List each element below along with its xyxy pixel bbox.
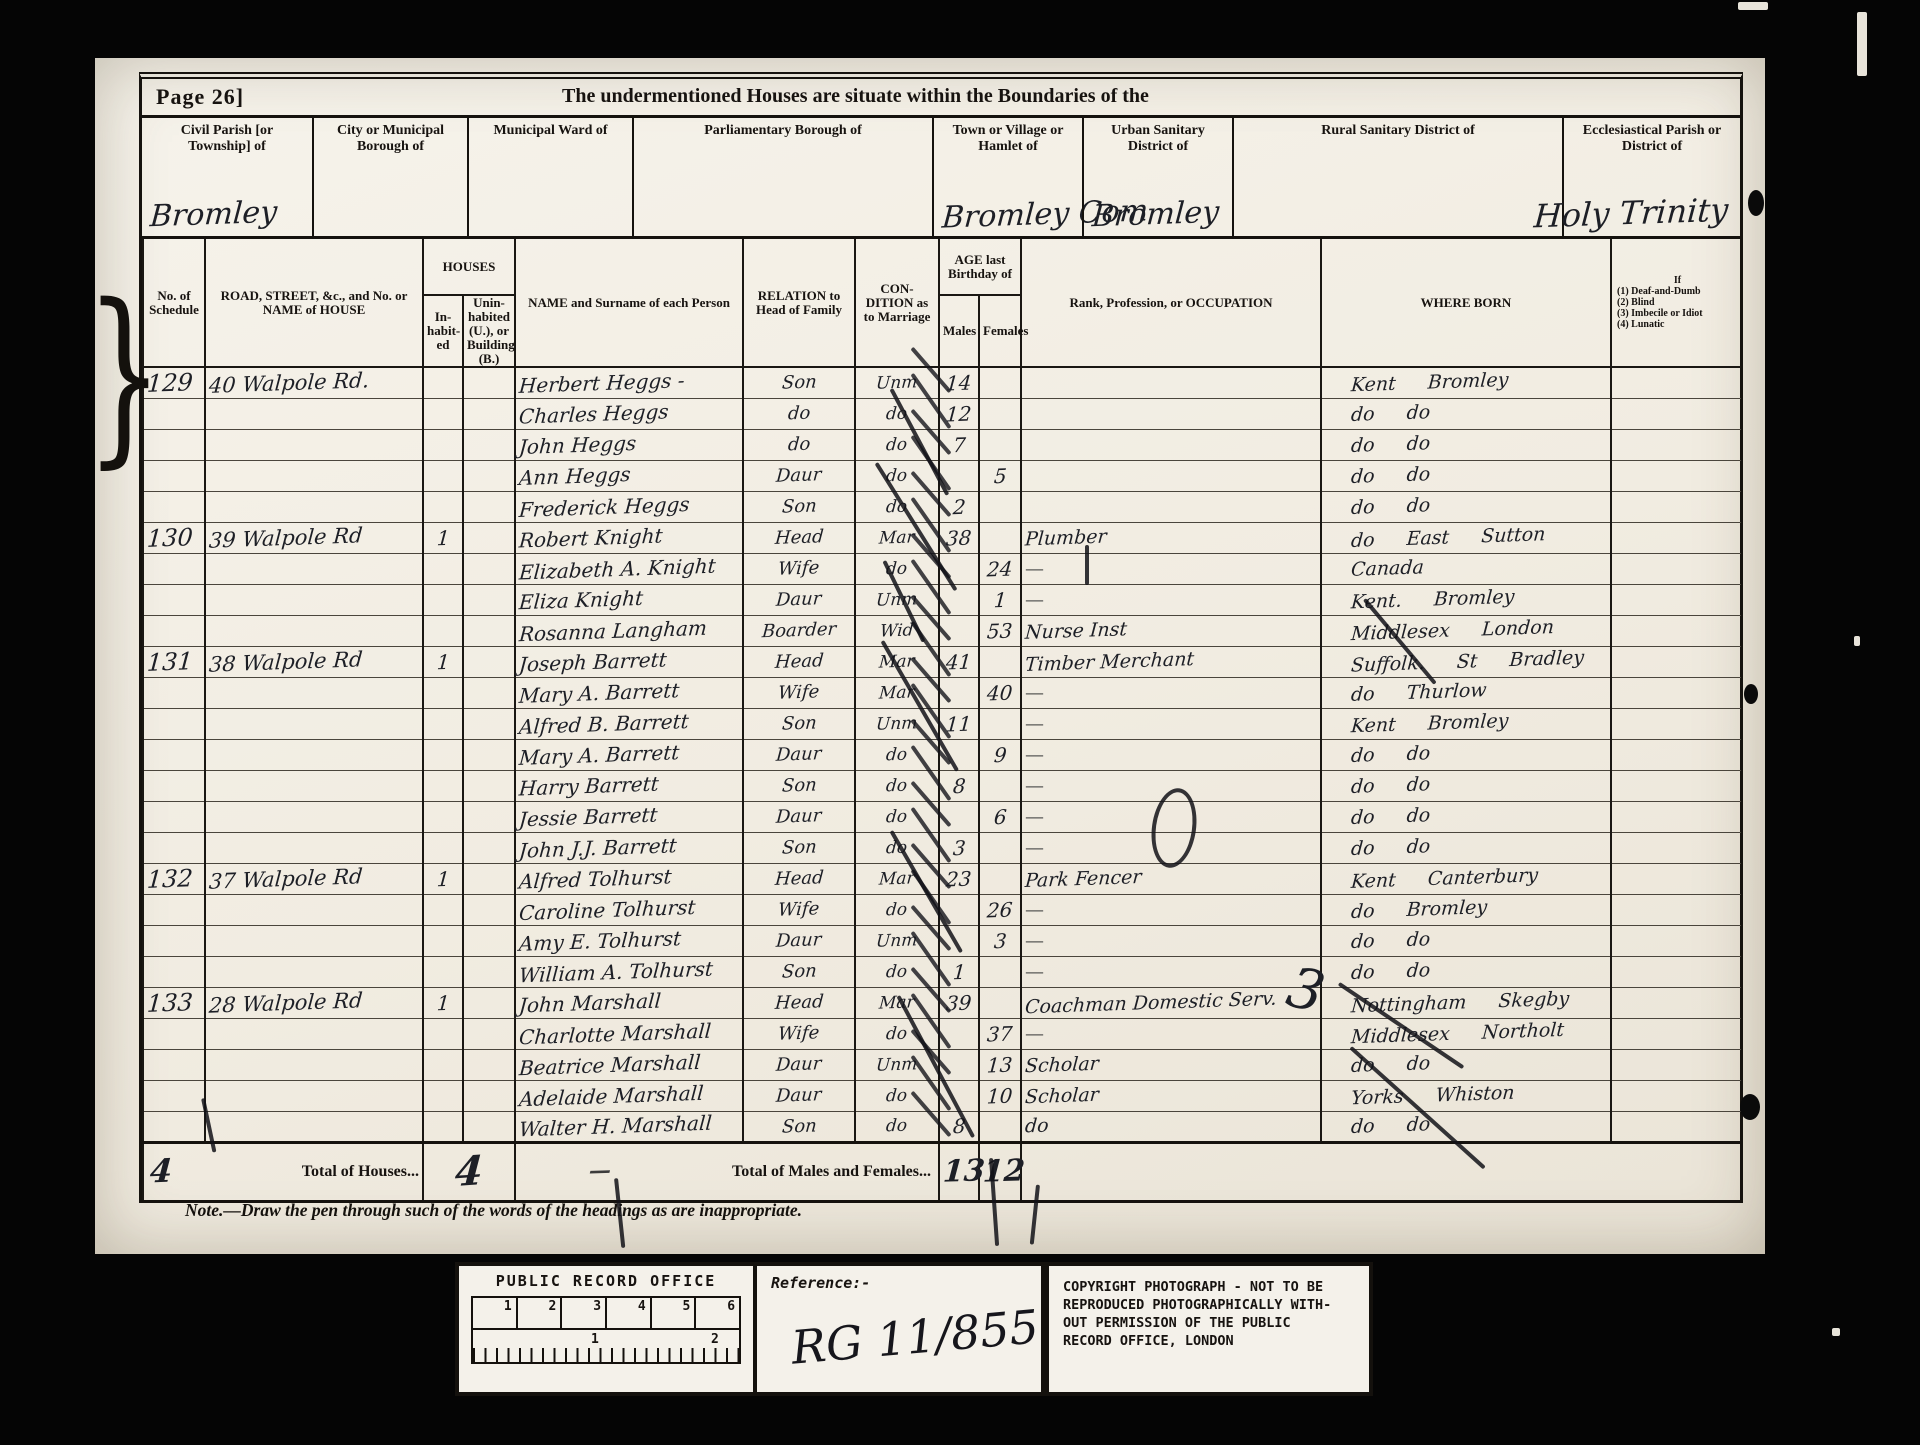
- district-value-handwritten: Bromley: [149, 195, 279, 235]
- cell-address: [205, 460, 423, 491]
- census-record-row: Amy E. Tolhurst Daur Unm 3 — do do: [143, 925, 1741, 956]
- cell-occupation: [1021, 460, 1321, 491]
- cell-age-female: [979, 491, 1021, 522]
- cell-age-female: [979, 367, 1021, 398]
- census-record-row: John Heggs do do 7 do do: [143, 429, 1741, 460]
- cell-schedule: 133: [143, 987, 205, 1018]
- census-record-row: Mary A. Barrett Wife Mar 40 — do Thurlow: [143, 677, 1741, 708]
- copyright-text: COPYRIGHT PHOTOGRAPH - NOT TO BEREPRODUC…: [1049, 1266, 1369, 1350]
- cell-relation: Head: [743, 522, 855, 553]
- scan-speck: [1857, 12, 1867, 76]
- cell-infirmity: [1611, 615, 1741, 646]
- census-record-row: Frederick Heggs Son do 2 do do: [143, 491, 1741, 522]
- cell-relation: Son: [743, 770, 855, 801]
- cell-condition: do: [855, 1111, 939, 1142]
- cell-address: 37 Walpole Rd: [205, 863, 423, 894]
- cell-uninhabited: [463, 863, 515, 894]
- cell-name: Beatrice Marshall: [515, 1049, 743, 1080]
- margin-brace-mark: }: [85, 280, 164, 470]
- cell-where-born: do do: [1321, 429, 1611, 460]
- cell-schedule: [143, 615, 205, 646]
- cell-name: Jessie Barrett: [515, 801, 743, 832]
- cell-address: 39 Walpole Rd: [205, 522, 423, 553]
- cell-name: Alfred Tolhurst: [515, 863, 743, 894]
- district-label: Rural Sanitary District of: [1234, 118, 1562, 139]
- cell-occupation: Nurse Inst: [1021, 615, 1321, 646]
- cell-occupation: —: [1021, 553, 1321, 584]
- cell-name: Herbert Heggs -: [515, 367, 743, 398]
- cell-relation: Son: [743, 367, 855, 398]
- header-uninhabited: Unin-habited (U.), or Building (B.): [463, 295, 515, 367]
- cell-uninhabited: [463, 1018, 515, 1049]
- cell-age-male: 41: [939, 646, 979, 677]
- census-record-row: 132 37 Walpole Rd 1 Alfred Tolhurst Head…: [143, 863, 1741, 894]
- cell-name: John J.J. Barrett: [515, 832, 743, 863]
- cell-address: [205, 615, 423, 646]
- cell-infirmity: [1611, 429, 1741, 460]
- cell-name: Caroline Tolhurst: [515, 894, 743, 925]
- cell-uninhabited: [463, 1049, 515, 1080]
- cell-relation: Wife: [743, 553, 855, 584]
- cell-infirmity: [1611, 460, 1741, 491]
- scan-speck: [1832, 1328, 1840, 1336]
- cell-schedule: [143, 677, 205, 708]
- totals-empty: [1021, 1142, 1741, 1200]
- census-record-row: 130 39 Walpole Rd 1 Robert Knight Head M…: [143, 522, 1741, 553]
- cell-relation: Boarder: [743, 615, 855, 646]
- cell-infirmity: [1611, 491, 1741, 522]
- cell-relation: Head: [743, 863, 855, 894]
- cell-infirmity: [1611, 801, 1741, 832]
- cell-name: Harry Barrett: [515, 770, 743, 801]
- header-houses: HOUSES: [423, 239, 515, 295]
- census-record-row: William A. Tolhurst Son do 1 — do do: [143, 956, 1741, 987]
- cell-age-female: 3: [979, 925, 1021, 956]
- cell-schedule: [143, 956, 205, 987]
- cell-uninhabited: [463, 739, 515, 770]
- district-header-band: Civil Parish [or Township] of Bromley Ci…: [142, 118, 1740, 239]
- cell-where-born: do do: [1321, 832, 1611, 863]
- district-cell: Ecclesiastical Parish or District of Hol…: [1562, 118, 1740, 236]
- cell-name: Rosanna Langham: [515, 615, 743, 646]
- cell-schedule: [143, 553, 205, 584]
- form-banner: The undermentioned Houses are situate wi…: [562, 85, 1149, 108]
- cell-infirmity: [1611, 1018, 1741, 1049]
- cell-inhabited: [423, 553, 463, 584]
- cell-name: Adelaide Marshall: [515, 1080, 743, 1111]
- cell-address: 28 Walpole Rd: [205, 987, 423, 1018]
- reference-box: Reference:- RG 11/855: [757, 1262, 1045, 1396]
- cell-inhabited: [423, 398, 463, 429]
- cell-schedule: [143, 708, 205, 739]
- cell-relation: Daur: [743, 1049, 855, 1080]
- census-record-row: Jessie Barrett Daur do 6 — do do: [143, 801, 1741, 832]
- cell-inhabited: [423, 1080, 463, 1111]
- copyright-box: COPYRIGHT PHOTOGRAPH - NOT TO BEREPRODUC…: [1045, 1262, 1373, 1396]
- cell-where-born: do do: [1321, 801, 1611, 832]
- cell-occupation: do: [1021, 1111, 1321, 1142]
- scan-blot: [1744, 684, 1758, 704]
- totals-row: 4 Total of Houses... 4 — Total of Males …: [143, 1142, 1741, 1200]
- district-label: Parliamentary Borough of: [634, 118, 932, 139]
- cell-where-born: Middlesex Northolt: [1321, 1018, 1611, 1049]
- cell-schedule: [143, 1080, 205, 1111]
- cell-name: John Marshall: [515, 987, 743, 1018]
- cell-inhabited: [423, 429, 463, 460]
- cell-uninhabited: [463, 553, 515, 584]
- scan-speck: [1854, 636, 1860, 646]
- cell-age-female: 1: [979, 584, 1021, 615]
- census-record-row: Charlotte Marshall Wife do 37 — Middlese…: [143, 1018, 1741, 1049]
- cell-age-female: [979, 429, 1021, 460]
- cell-where-born: Kent Canterbury: [1321, 863, 1611, 894]
- cell-age-female: [979, 398, 1021, 429]
- page-number: Page 26]: [156, 84, 244, 110]
- cell-where-born: do Thurlow: [1321, 677, 1611, 708]
- cell-inhabited: 1: [423, 522, 463, 553]
- reference-label: Reference:-: [757, 1266, 1041, 1292]
- cell-infirmity: [1611, 522, 1741, 553]
- cell-name: John Heggs: [515, 429, 743, 460]
- cell-relation: Wife: [743, 677, 855, 708]
- district-cell: Town or Village or Hamlet of Bromley Com: [932, 118, 1082, 236]
- cell-uninhabited: [463, 646, 515, 677]
- cell-address: 40 Walpole Rd.: [205, 367, 423, 398]
- pen-stroke: [1085, 545, 1089, 585]
- cell-age-female: [979, 646, 1021, 677]
- pen-dash: —: [518, 1157, 612, 1186]
- cell-age-female: 10: [979, 1080, 1021, 1111]
- census-record-row: Adelaide Marshall Daur do 10 Scholar Yor…: [143, 1080, 1741, 1111]
- cell-occupation: —: [1021, 925, 1321, 956]
- cell-relation: Wife: [743, 1018, 855, 1049]
- cell-occupation: —: [1021, 1018, 1321, 1049]
- cell-inhabited: [423, 677, 463, 708]
- cell-schedule: 132: [143, 863, 205, 894]
- totals-males: 13: [939, 1142, 979, 1200]
- cell-relation: do: [743, 398, 855, 429]
- cell-relation: Daur: [743, 1080, 855, 1111]
- table-header: No. of Schedule ROAD, STREET, &c., and N…: [143, 239, 1741, 367]
- cell-name: Charlotte Marshall: [515, 1018, 743, 1049]
- cell-address: [205, 956, 423, 987]
- district-cell: Rural Sanitary District of: [1232, 118, 1562, 236]
- cell-occupation: [1021, 367, 1321, 398]
- census-record-row: Rosanna Langham Boarder Wid 53 Nurse Ins…: [143, 615, 1741, 646]
- census-record-row: Charles Heggs do do 12 do do: [143, 398, 1741, 429]
- scan-blot: [1740, 1094, 1760, 1120]
- cell-address: [205, 1080, 423, 1111]
- cell-uninhabited: [463, 770, 515, 801]
- cell-schedule: [143, 894, 205, 925]
- cell-inhabited: [423, 1018, 463, 1049]
- district-label: Urban Sanitary District of: [1084, 118, 1232, 155]
- cell-where-born: do do: [1321, 956, 1611, 987]
- cell-occupation: —: [1021, 584, 1321, 615]
- cell-relation: Son: [743, 708, 855, 739]
- cell-name: Elizabeth A. Knight: [515, 553, 743, 584]
- cell-address: [205, 429, 423, 460]
- cell-where-born: do do: [1321, 925, 1611, 956]
- pro-ruler-box: PUBLIC RECORD OFFICE 123456 12: [455, 1262, 757, 1396]
- cell-infirmity: [1611, 770, 1741, 801]
- cell-address: [205, 739, 423, 770]
- cell-schedule: [143, 491, 205, 522]
- cell-where-born: do do: [1321, 398, 1611, 429]
- cell-inhabited: [423, 956, 463, 987]
- cell-occupation: —: [1021, 677, 1321, 708]
- cell-inhabited: [423, 367, 463, 398]
- cell-schedule: [143, 1111, 205, 1142]
- cell-infirmity: [1611, 553, 1741, 584]
- cell-name: Eliza Knight: [515, 584, 743, 615]
- cell-uninhabited: [463, 398, 515, 429]
- cell-infirmity: [1611, 398, 1741, 429]
- pro-office-title: PUBLIC RECORD OFFICE: [459, 1266, 753, 1290]
- totals-females: 12: [979, 1142, 1021, 1200]
- header-males: Males: [939, 295, 979, 367]
- cell-infirmity: [1611, 925, 1741, 956]
- header-born: WHERE BORN: [1321, 239, 1611, 367]
- cell-name: Amy E. Tolhurst: [515, 925, 743, 956]
- cell-uninhabited: [463, 801, 515, 832]
- cell-schedule: [143, 832, 205, 863]
- cell-uninhabited: [463, 460, 515, 491]
- cell-age-male: 12: [939, 398, 979, 429]
- district-value-handwritten: Bromley: [1091, 195, 1221, 235]
- cell-infirmity: [1611, 894, 1741, 925]
- header-occupation: Rank, Profession, or OCCUPATION: [1021, 239, 1321, 367]
- cell-address: [205, 894, 423, 925]
- cell-name: Robert Knight: [515, 522, 743, 553]
- cell-age-female: 5: [979, 460, 1021, 491]
- cell-uninhabited: [463, 367, 515, 398]
- cell-occupation: Timber Merchant: [1021, 646, 1321, 677]
- cell-where-born: do East Sutton: [1321, 522, 1611, 553]
- district-cell: Urban Sanitary District of Bromley: [1082, 118, 1232, 236]
- cell-uninhabited: [463, 1080, 515, 1111]
- cell-where-born: Middlesex London: [1321, 615, 1611, 646]
- cell-where-born: Kent Bromley: [1321, 708, 1611, 739]
- cell-age-female: [979, 832, 1021, 863]
- cell-relation: do: [743, 429, 855, 460]
- cell-uninhabited: [463, 584, 515, 615]
- cell-infirmity: [1611, 1111, 1741, 1142]
- totals-mf-label: — Total of Males and Females...: [515, 1142, 939, 1200]
- cell-inhabited: [423, 925, 463, 956]
- ruler-inch-scale: 12: [471, 1328, 741, 1364]
- cell-occupation: Plumber: [1021, 522, 1321, 553]
- cell-schedule: [143, 1018, 205, 1049]
- cell-name: Charles Heggs: [515, 398, 743, 429]
- census-record-row: Harry Barrett Son do 8 — do do: [143, 770, 1741, 801]
- cell-occupation: —: [1021, 956, 1321, 987]
- cell-relation: Head: [743, 987, 855, 1018]
- census-table: No. of Schedule ROAD, STREET, &c., and N…: [142, 239, 1741, 1200]
- cell-schedule: [143, 1049, 205, 1080]
- cell-age-female: [979, 863, 1021, 894]
- cell-uninhabited: [463, 894, 515, 925]
- header-infirmity: If(1) Deaf-and-Dumb(2) Blind(3) Imbecile…: [1611, 239, 1741, 367]
- cell-where-born: Suffolk. St Bradley: [1321, 646, 1611, 677]
- cell-age-female: 24: [979, 553, 1021, 584]
- cell-relation: Daur: [743, 739, 855, 770]
- cell-inhabited: 1: [423, 646, 463, 677]
- cell-schedule: [143, 925, 205, 956]
- header-road: ROAD, STREET, &c., and No. or NAME of HO…: [205, 239, 423, 367]
- cell-infirmity: [1611, 677, 1741, 708]
- census-form: Page 26] The undermentioned Houses are s…: [139, 72, 1743, 1203]
- cell-relation: Daur: [743, 801, 855, 832]
- cell-inhabited: [423, 584, 463, 615]
- cell-relation: Daur: [743, 925, 855, 956]
- header-relation: RELATION to Head of Family: [743, 239, 855, 367]
- cell-address: [205, 1018, 423, 1049]
- cell-where-born: do do: [1321, 1111, 1611, 1142]
- cell-inhabited: [423, 832, 463, 863]
- cell-name: Frederick Heggs: [515, 491, 743, 522]
- cell-address: [205, 553, 423, 584]
- cell-schedule: [143, 584, 205, 615]
- cell-where-born: do do: [1321, 460, 1611, 491]
- cell-age-female: 13: [979, 1049, 1021, 1080]
- cell-occupation: —: [1021, 894, 1321, 925]
- cell-schedule: 130: [143, 522, 205, 553]
- census-record-row: Alfred B. Barrett Son Unm 11 — Kent Brom…: [143, 708, 1741, 739]
- totals-houses-value: 4: [423, 1142, 515, 1200]
- census-record-row: Walter H. Marshall Son do 8 do do do: [143, 1111, 1741, 1142]
- cell-address: [205, 801, 423, 832]
- cell-infirmity: [1611, 987, 1741, 1018]
- cell-name: Walter H. Marshall: [515, 1111, 743, 1142]
- cell-occupation: [1021, 491, 1321, 522]
- cell-inhabited: [423, 801, 463, 832]
- cell-uninhabited: [463, 429, 515, 460]
- cell-age-female: [979, 708, 1021, 739]
- cell-age-female: [979, 770, 1021, 801]
- cell-where-born: do do: [1321, 1049, 1611, 1080]
- cell-name: Ann Heggs: [515, 460, 743, 491]
- cell-address: [205, 1111, 423, 1142]
- footnote: Note.—Draw the pen through such of the w…: [185, 1200, 802, 1221]
- cell-address: [205, 1049, 423, 1080]
- cell-uninhabited: [463, 1111, 515, 1142]
- cell-where-born: do do: [1321, 739, 1611, 770]
- cell-inhabited: [423, 739, 463, 770]
- cell-uninhabited: [463, 615, 515, 646]
- cell-occupation: [1021, 429, 1321, 460]
- cell-relation: Son: [743, 1111, 855, 1142]
- cell-relation: Son: [743, 491, 855, 522]
- header-name: NAME and Surname of each Person: [515, 239, 743, 367]
- cell-relation: Daur: [743, 460, 855, 491]
- district-label: Municipal Ward of: [469, 118, 632, 139]
- cell-occupation: [1021, 398, 1321, 429]
- census-scan-page: Page 26] The undermentioned Houses are s…: [0, 0, 1920, 1445]
- census-record-row: 133 28 Walpole Rd 1 John Marshall Head M…: [143, 987, 1741, 1018]
- census-record-row: John J.J. Barrett Son do 3 — do do: [143, 832, 1741, 863]
- scan-blot: [1748, 190, 1764, 216]
- cell-inhabited: 1: [423, 987, 463, 1018]
- cell-inhabited: [423, 1049, 463, 1080]
- cell-age-female: [979, 987, 1021, 1018]
- cell-where-born: Yorks Whiston: [1321, 1080, 1611, 1111]
- cell-where-born: Kent Bromley: [1321, 367, 1611, 398]
- cell-infirmity: [1611, 832, 1741, 863]
- cell-address: [205, 708, 423, 739]
- cell-age-female: 37: [979, 1018, 1021, 1049]
- cell-infirmity: [1611, 863, 1741, 894]
- cell-age-female: 9: [979, 739, 1021, 770]
- cell-infirmity: [1611, 739, 1741, 770]
- cell-infirmity: [1611, 956, 1741, 987]
- cell-schedule: [143, 770, 205, 801]
- cell-infirmity: [1611, 708, 1741, 739]
- cell-uninhabited: [463, 832, 515, 863]
- cell-name: Joseph Barrett: [515, 646, 743, 677]
- cell-occupation: —: [1021, 739, 1321, 770]
- cell-uninhabited: [463, 522, 515, 553]
- cell-inhabited: [423, 491, 463, 522]
- district-label: Ecclesiastical Parish or District of: [1564, 118, 1740, 155]
- cell-relation: Daur: [743, 584, 855, 615]
- cell-age-female: 26: [979, 894, 1021, 925]
- cell-age-female: [979, 522, 1021, 553]
- cell-uninhabited: [463, 925, 515, 956]
- cell-relation: Head: [743, 646, 855, 677]
- form-top-row: Page 26] The undermentioned Houses are s…: [142, 79, 1740, 118]
- header-condition: CON-DITION as to Marriage: [855, 239, 939, 367]
- header-age: AGE last Birthday of: [939, 239, 1021, 295]
- district-cell: Civil Parish [or Township] of Bromley: [142, 118, 312, 236]
- pro-stamp-block: PUBLIC RECORD OFFICE 123456 12 Reference…: [455, 1262, 1373, 1396]
- census-record-row: 129 40 Walpole Rd. Herbert Heggs - Son U…: [143, 367, 1741, 398]
- scan-speck: [1738, 2, 1768, 10]
- header-females: Females: [979, 295, 1021, 367]
- cell-infirmity: [1611, 584, 1741, 615]
- cell-relation: Son: [743, 832, 855, 863]
- cell-schedule: [143, 739, 205, 770]
- reference-number-handwritten: RG 11/855: [789, 1299, 1041, 1374]
- cell-where-born: do do: [1321, 770, 1611, 801]
- margin-note: 4: [149, 1151, 174, 1190]
- cell-age-male: 11: [939, 708, 979, 739]
- document-sheet: Page 26] The undermentioned Houses are s…: [95, 58, 1765, 1254]
- totals-houses-label: 4 Total of Houses...: [143, 1142, 423, 1200]
- cell-name: Mary A. Barrett: [515, 677, 743, 708]
- cell-address: [205, 398, 423, 429]
- cell-infirmity: [1611, 367, 1741, 398]
- cell-uninhabited: [463, 677, 515, 708]
- cell-uninhabited: [463, 987, 515, 1018]
- cell-where-born: do do: [1321, 491, 1611, 522]
- cell-age-female: [979, 956, 1021, 987]
- district-cell: Municipal Ward of: [467, 118, 632, 236]
- cell-where-born: Canada: [1321, 553, 1611, 584]
- cell-where-born: do Bromley: [1321, 894, 1611, 925]
- district-cell: Parliamentary Borough of: [632, 118, 932, 236]
- cell-uninhabited: [463, 956, 515, 987]
- cell-address: [205, 677, 423, 708]
- cell-infirmity: [1611, 646, 1741, 677]
- district-label: Town or Village or Hamlet of: [934, 118, 1082, 155]
- cell-age-female: 40: [979, 677, 1021, 708]
- cell-inhabited: [423, 894, 463, 925]
- cell-address: [205, 925, 423, 956]
- cell-uninhabited: [463, 708, 515, 739]
- cell-inhabited: 1: [423, 863, 463, 894]
- cell-age-female: [979, 1111, 1021, 1142]
